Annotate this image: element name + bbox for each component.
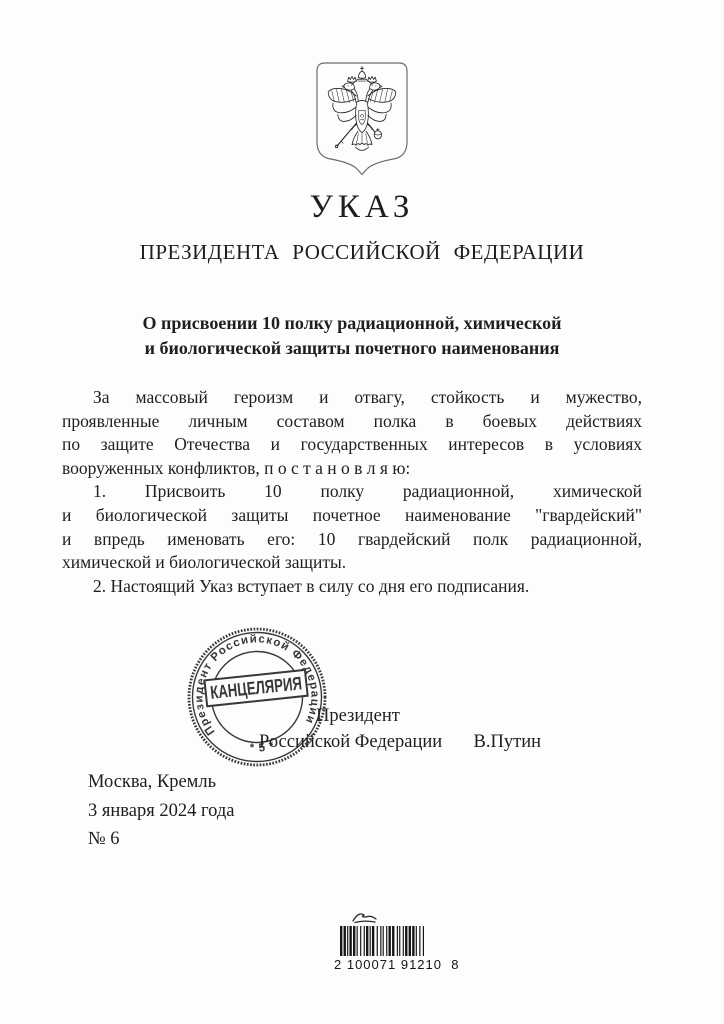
place-date-block: Москва, Кремль 3 января 2024 года № 6 xyxy=(88,768,234,854)
ink-mark-icon xyxy=(350,908,380,924)
russia-coat-of-arms-icon xyxy=(316,62,408,176)
issue-date: 3 января 2024 года xyxy=(88,797,234,826)
decree-body: За массовый героизм и отвагу, стойкость … xyxy=(62,386,642,598)
body-line: 2. Настоящий Указ вступает в силу со дня… xyxy=(62,575,642,599)
subject-line: О присвоении 10 полку радиационной, хими… xyxy=(62,311,642,336)
signer-name: В.Путин xyxy=(474,729,541,755)
issue-place: Москва, Кремль xyxy=(88,768,234,797)
body-line: и впредь именовать его: 10 гвардейский п… xyxy=(62,528,642,552)
body-line: химической и биологической защиты. xyxy=(62,551,642,575)
document-subtitle: ПРЕЗИДЕНТА РОССИЙСКОЙ ФЕДЕРАЦИИ xyxy=(0,240,724,265)
signer-post-line1: Президент xyxy=(316,703,541,729)
decree-document-page: УКАЗ ПРЕЗИДЕНТА РОССИЙСКОЙ ФЕДЕРАЦИИ О п… xyxy=(0,0,724,1024)
barcode-bars xyxy=(340,926,424,956)
decree-subject: О присвоении 10 полку радиационной, хими… xyxy=(62,311,642,361)
body-line: по защите Отечества и государственных ин… xyxy=(62,433,642,457)
double-headed-eagle-icon xyxy=(328,66,396,150)
body-line: вооруженных конфликтов, п о с т а н о в … xyxy=(62,457,642,481)
barcode: 2 100071 91210 8 xyxy=(334,908,430,972)
barcode-digits: 2 100071 91210 8 xyxy=(334,957,430,972)
subject-line: и биологической защиты почетного наимено… xyxy=(62,336,642,361)
body-line: проявленные личным составом полка в боев… xyxy=(62,410,642,434)
chancellery-stamp: Президент Российской Федерации * 5 * КАН… xyxy=(186,626,328,768)
body-line: 1. Присвоить 10 полку радиационной, хими… xyxy=(62,480,642,504)
document-title: УКАЗ xyxy=(0,189,724,226)
body-line: и биологической защиты почетное наименов… xyxy=(62,504,642,528)
body-line: За массовый героизм и отвагу, стойкость … xyxy=(62,386,642,410)
decree-number: № 6 xyxy=(88,825,234,854)
